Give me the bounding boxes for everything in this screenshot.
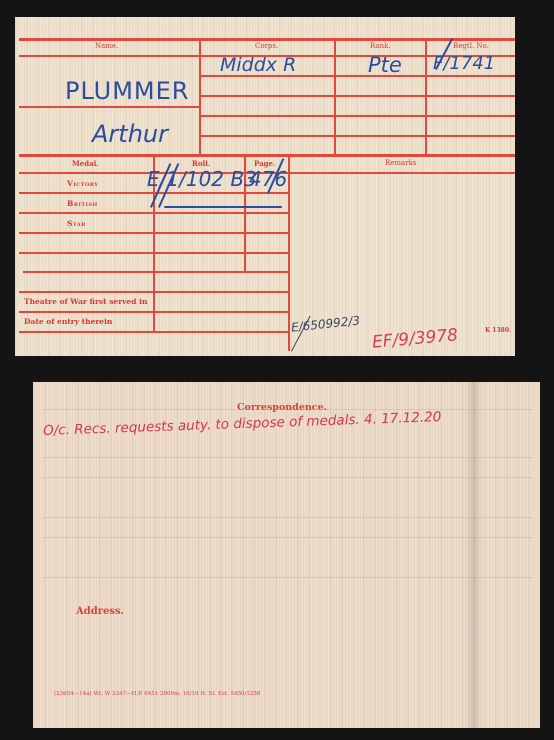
medal-victory: Victory [67,179,98,188]
corps-header: Corps. [255,42,278,50]
rule [19,331,288,333]
ref-number-red: EF/9/3978 [371,325,458,352]
medal-british: British [67,199,98,208]
medal-index-card-back: Correspondence. O/c. Recs. requests auty… [33,382,540,728]
underline-stroke [164,206,282,208]
corps-entry: Middx R [220,54,296,76]
medal-header: Medal. [72,159,99,168]
shadow-band [465,382,483,728]
rule [200,115,515,117]
show-through-rule [43,517,533,518]
remarks-header: Remarks [385,159,416,167]
rule [200,135,515,137]
printer-imprint: (23654—14a) Wt. W 3347—H.P. 6451 2000m. … [54,691,260,697]
rule [19,38,515,41]
medal-index-card-front: Name. Corps. Rank. Regtl. No. Medal. Rol… [15,17,515,356]
date-entry-label: Date of entry therein [24,317,112,326]
rule [19,106,199,108]
rule [200,95,515,97]
correspondence-note: O/c. Recs. requests auty. to dispose of … [43,409,442,439]
forename-entry: Arthur [92,120,168,148]
divider [425,39,427,155]
show-through-rule [43,477,533,478]
rule [23,271,288,273]
rank-entry: Pte [368,53,402,77]
medal-star: Star [67,219,86,228]
divider [288,155,290,351]
divider [334,39,336,155]
show-through-rule [43,457,533,458]
show-through-rule [43,577,533,578]
correspondence-label: Correspondence. [237,402,327,413]
regtl-no-header: Regtl. No. [453,42,489,50]
name-header: Name. [95,42,118,50]
divider [199,39,201,155]
show-through-rule [43,537,533,538]
form-code: K 1380. [485,327,511,334]
theatre-label: Theatre of War first served in [24,297,147,306]
rank-header: Rank. [370,42,391,50]
surname-entry: PLUMMER [65,77,189,105]
address-label: Address. [76,606,124,617]
rule [19,154,515,157]
